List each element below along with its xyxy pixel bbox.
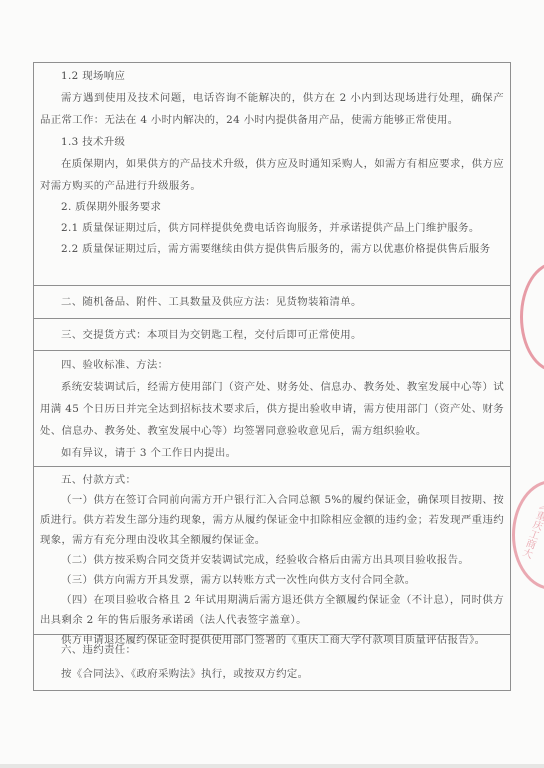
breach-body: 按《合同法》、《政府采购法》执行，或按双方约定。	[40, 662, 504, 686]
payment-item-1: （一）供方在签订合同前向需方开户银行汇入合同总额 5%的履约保证金，确保项目按期…	[40, 490, 504, 550]
post-warranty-item-2: 2.2 质量保证期过后，需方需要继续由供方提供售后服务的，需方以优惠价格提供售后…	[40, 239, 504, 260]
stamp-text: 《重庆工商大	[517, 498, 544, 560]
spare-parts-text: 二、随机备品、附件、工具数量及供应方法：见货物装箱清单。	[40, 291, 504, 313]
seal-stamp-icon: 《重庆工商大	[512, 480, 544, 590]
acceptance-body: 系统安装调试后，经需方使用部门（资产处、财务处、信息办、教务处、教室发展中心等）…	[40, 376, 504, 442]
contract-terms-table: 1.2 现场响应 需方遇到使用及技术问题，电话咨询不能解决的，供方在 2 小内到…	[33, 62, 511, 691]
acceptance-objection: 如有异议，请于 3 个工作日内提出。	[40, 442, 504, 464]
subsection-title-post-warranty: 2. 质保期外服务要求	[40, 197, 504, 218]
section-payment: 五、付款方式： （一）供方在签订合同前向需方开户银行汇入合同总额 5%的履约保证…	[34, 467, 510, 635]
subsection-title-tech-upgrade: 1.3 技术升级	[40, 131, 504, 153]
payment-item-4: （四）在项目验收合格且 2 年试用期满后需方退还供方全额履约保证金（不计息），同…	[40, 590, 504, 630]
delivery-method-text: 三、交提货方式：本项目为交钥匙工程，交付后即可正常使用。	[40, 324, 504, 346]
section-service-requirements: 1.2 现场响应 需方遇到使用及技术问题，电话咨询不能解决的，供方在 2 小内到…	[34, 63, 510, 286]
page-bottom-edge	[0, 764, 544, 768]
subsection-title-onsite-response: 1.2 现场响应	[40, 65, 504, 87]
tech-upgrade-text: 在质保期内，如果供方的产品技术升级，供方应及时通知采购人，如需方有相应要求，供方…	[40, 153, 504, 197]
onsite-response-text: 需方遇到使用及技术问题，电话咨询不能解决的，供方在 2 小内到达现场进行处理，确…	[40, 87, 504, 131]
payment-item-3: （三）供方向需方开具发票，需方以转账方式一次性向供方支付合同全款。	[40, 570, 504, 590]
section-acceptance: 四、验收标准、方法： 系统安装调试后，经需方使用部门（资产处、财务处、信息办、教…	[34, 351, 510, 467]
seal-stamp-icon	[520, 262, 544, 372]
section-spare-parts: 二、随机备品、附件、工具数量及供应方法：见货物装箱清单。	[34, 286, 510, 319]
payment-title: 五、付款方式：	[40, 470, 504, 490]
payment-item-2: （二）供方按采购合同交货并安装调试完成，经验收合格后由需方出具项目验收报告。	[40, 550, 504, 570]
section-delivery-method: 三、交提货方式：本项目为交钥匙工程，交付后即可正常使用。	[34, 319, 510, 351]
acceptance-title: 四、验收标准、方法：	[40, 354, 504, 376]
post-warranty-item-1: 2.1 质量保证期过后，供方同样提供免费电话咨询服务，并承诺提供产品上门维护服务…	[40, 218, 504, 239]
